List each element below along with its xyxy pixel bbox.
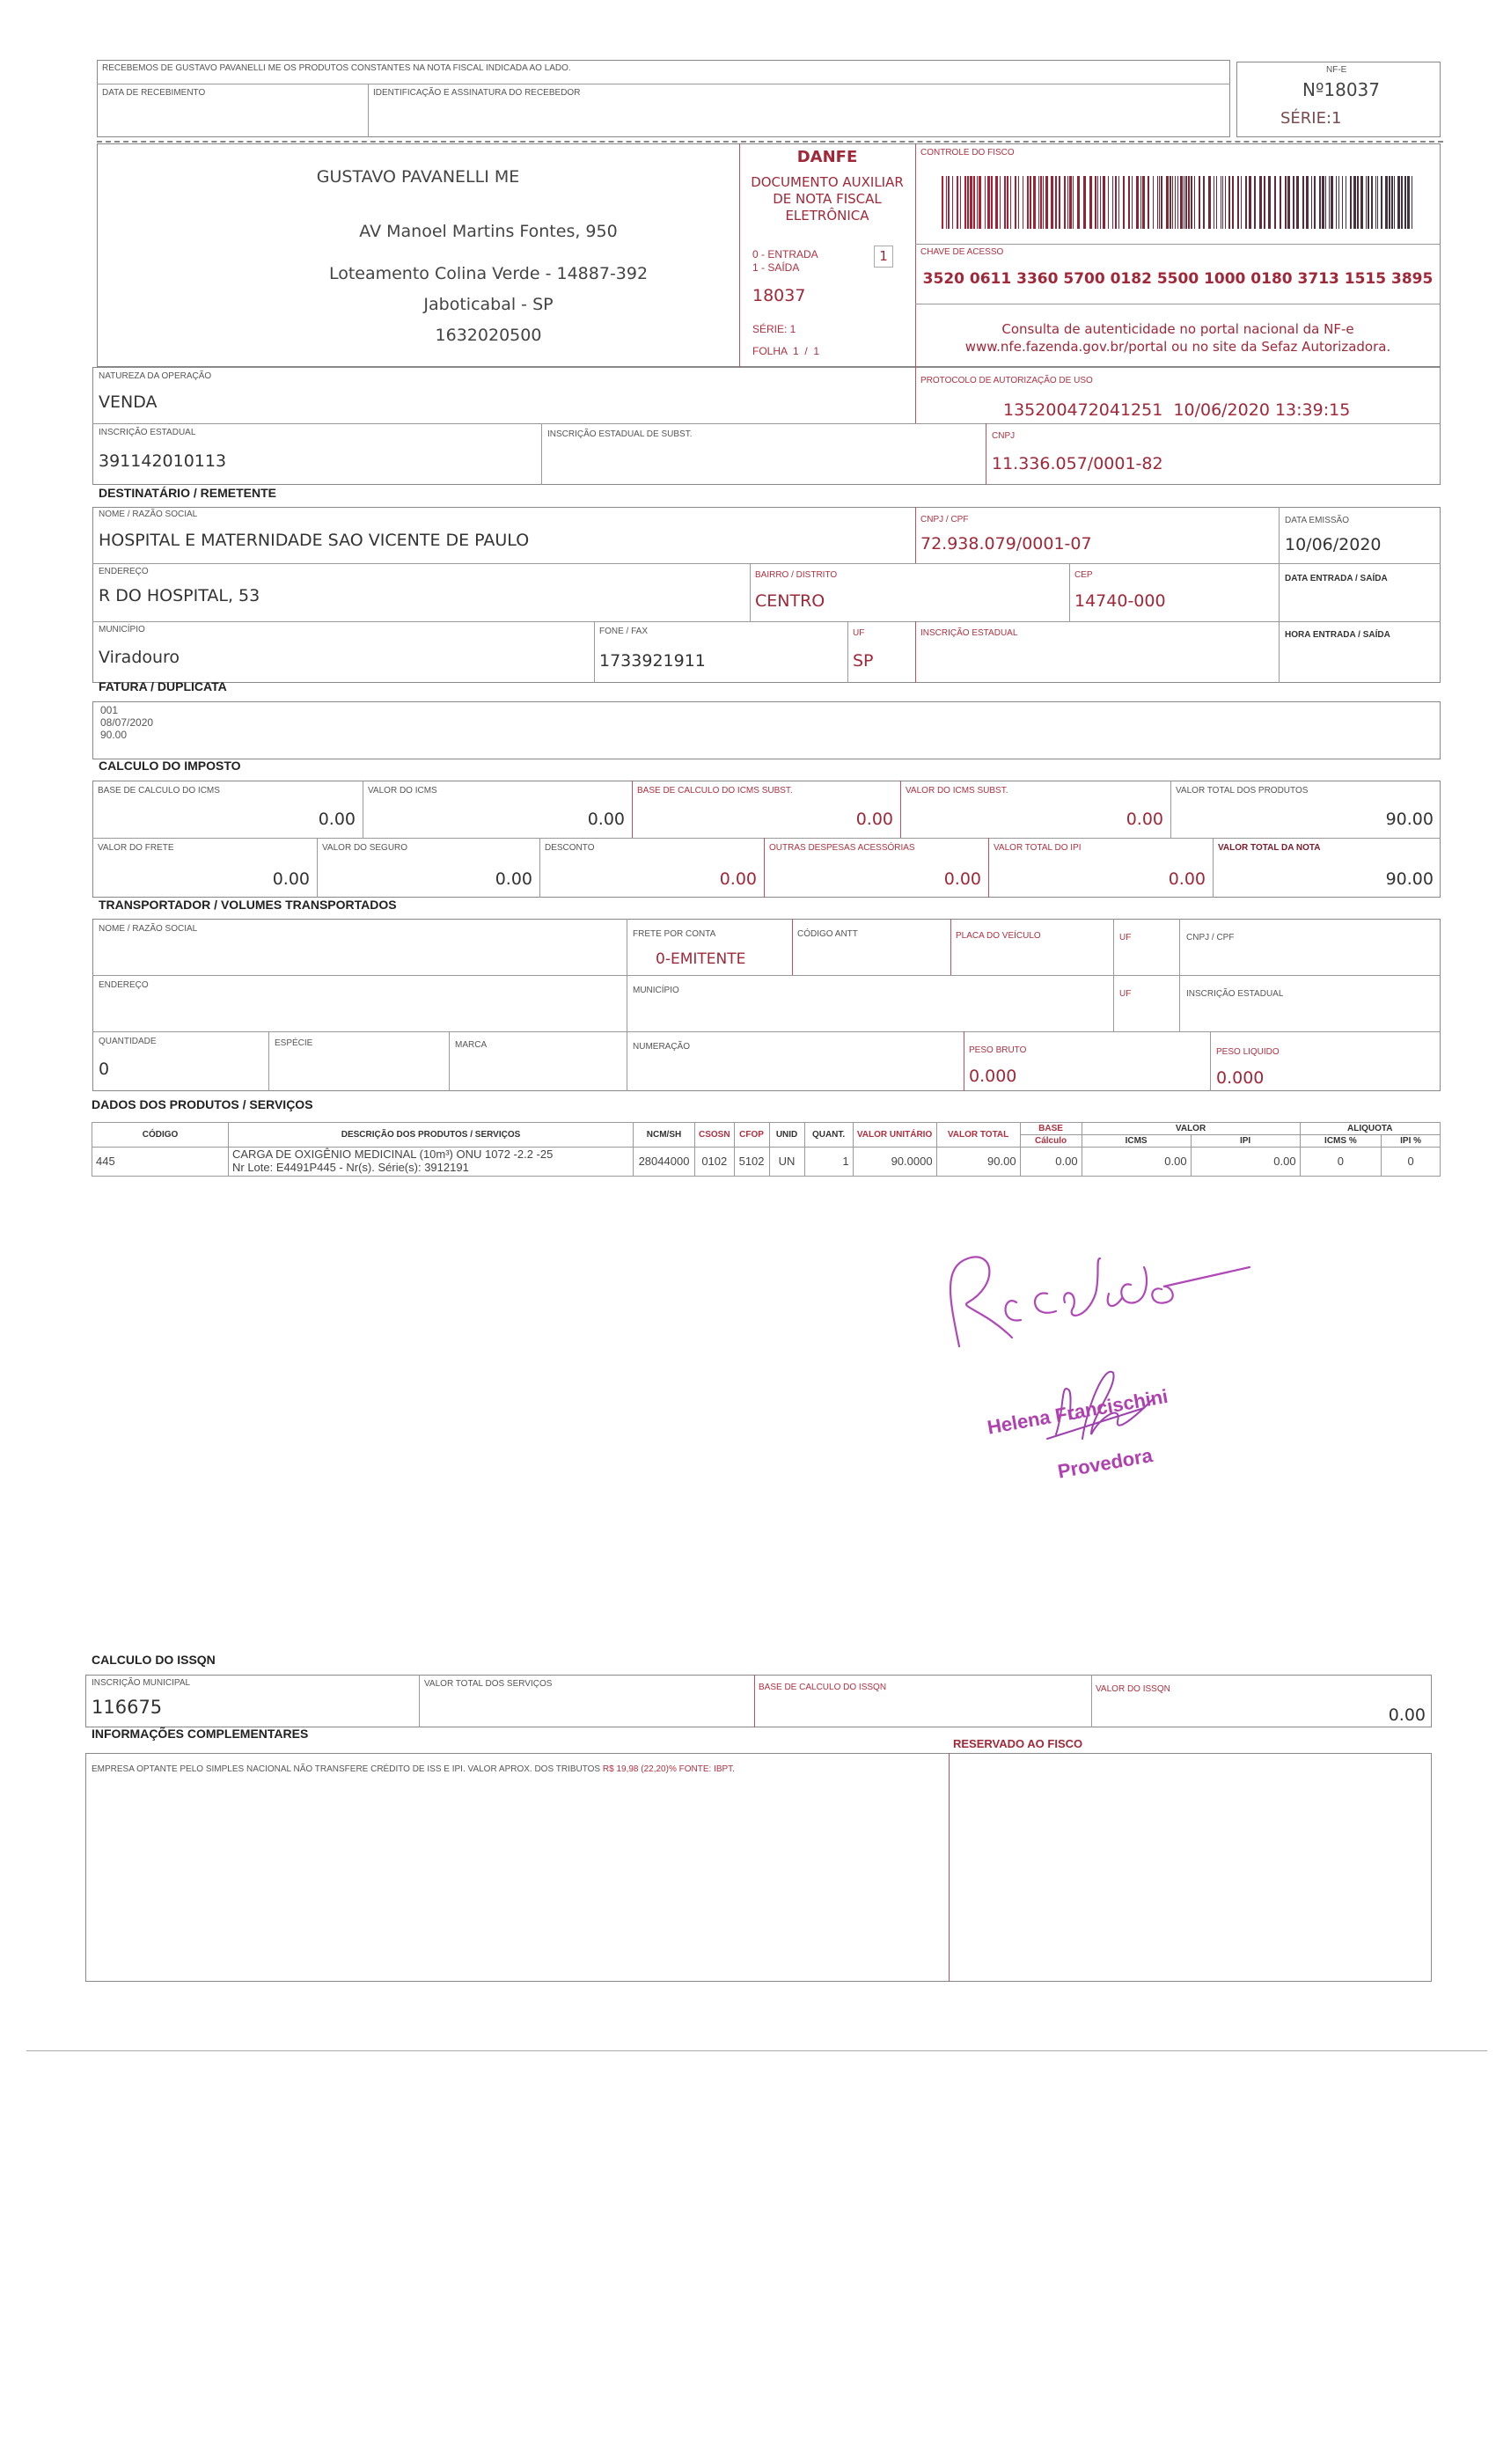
- produtos-table: CÓDIGO DESCRIÇÃO DOS PRODUTOS / SERVIÇOS…: [92, 1122, 1441, 1177]
- cell-valor-ipi: 0.00: [1191, 1148, 1300, 1177]
- transp-peso-bruto: 0.000: [969, 1067, 1016, 1086]
- transp-marca-label: MARCA: [455, 1040, 487, 1050]
- dest-nome: HOSPITAL E MATERNIDADE SAO VICENTE DE PA…: [99, 531, 529, 550]
- col-quant: QUANT.: [804, 1123, 853, 1148]
- transp-quantidade-label: QUANTIDADE: [99, 1037, 157, 1046]
- imposto1-value: 0.00: [900, 810, 1163, 829]
- page-bottom-line: [26, 2050, 1487, 2051]
- cell-quant: 1: [804, 1148, 853, 1177]
- transp-nome-label: NOME / RAZÃO SOCIAL: [99, 924, 197, 934]
- col-ipi-pct: IPI %: [1382, 1135, 1441, 1148]
- fatura-section: FATURA / DUPLICATA: [99, 679, 227, 693]
- consulta-line-1: Consulta de autenticidade no portal naci…: [915, 321, 1441, 337]
- transp-vdivider-liquido: [1210, 1031, 1211, 1091]
- transp-hdivider-1: [92, 975, 1441, 976]
- chave-acesso: 3520 0611 3360 5700 0182 5500 1000 0180 …: [915, 270, 1441, 288]
- complementares-text: EMPRESA OPTANTE PELO SIMPLES NACIONAL NÃ…: [92, 1764, 735, 1774]
- transp-peso-liquido-label: PESO LIQUIDO: [1216, 1047, 1280, 1057]
- issqn-valor-label: VALOR DO ISSQN: [1096, 1684, 1170, 1694]
- dest-vdivider-uf: [847, 621, 848, 683]
- danfe-subtitle-2: DE NOTA FISCAL: [739, 191, 915, 207]
- col-icms: ICMS: [1082, 1135, 1191, 1148]
- transp-peso-bruto-label: PESO BRUTO: [969, 1045, 1026, 1055]
- nfe-number: Nº18037: [1302, 79, 1380, 100]
- operacao-vdivider-3: [986, 423, 986, 485]
- danfe-tipo: 1: [874, 248, 893, 264]
- imposto2-label: VALOR TOTAL DO IPI: [994, 843, 1081, 853]
- fisco-hdivider-1: [915, 244, 1441, 245]
- transp-vdivider-bruto: [964, 1031, 964, 1091]
- fatura-box: [92, 701, 1441, 759]
- imposto1-label: BASE DE CALCULO DO ICMS: [98, 786, 220, 796]
- receipt-text: RECEBEMOS DE GUSTAVO PAVANELLI ME OS PRO…: [102, 63, 571, 73]
- operacao-vdivider-1: [915, 367, 916, 423]
- transp-vdivider-frete: [627, 919, 627, 1091]
- issqn-servicos-label: VALOR TOTAL DOS SERVIÇOS: [424, 1679, 552, 1689]
- table-row: 445 CARGA DE OXIGÊNIO MEDICINAL (10m³) O…: [92, 1148, 1441, 1177]
- imposto1-value: 0.00: [92, 810, 356, 829]
- dest-vdivider-cep: [1069, 563, 1070, 621]
- fisco-hdivider-2: [915, 304, 1441, 304]
- imposto2-value: 0.00: [317, 869, 532, 889]
- dest-fone-label: FONE / FAX: [599, 627, 648, 636]
- imposto2-label: VALOR DO FRETE: [98, 843, 174, 853]
- imposto-section: CALCULO DO IMPOSTO: [99, 759, 241, 773]
- col-valor-total: VALOR TOTAL: [936, 1123, 1020, 1148]
- transp-vdivider-especie: [268, 1031, 269, 1091]
- danfe-entrada: 0 - ENTRADA: [752, 248, 818, 260]
- imposto2-value: 0.00: [92, 869, 310, 889]
- transp-endereco-label: ENDEREÇO: [99, 980, 149, 990]
- transportador-section: TRANSPORTADOR / VOLUMES TRANSPORTADOS: [99, 898, 397, 912]
- chave-label: CHAVE DE ACESSO: [920, 247, 1003, 257]
- imposto1-value: 90.00: [1170, 810, 1434, 829]
- handwritten-recebido: [933, 1241, 1285, 1364]
- cnpj-value: 11.336.057/0001-82: [992, 454, 1163, 473]
- dest-municipio: Viradouro: [99, 648, 180, 667]
- imposto2-value: 0.00: [764, 869, 981, 889]
- transp-uf-label: UF: [1119, 933, 1131, 942]
- operacao-box: [92, 367, 1441, 485]
- issqn-section: CALCULO DO ISSQN: [92, 1653, 216, 1667]
- cell-aliq-icms: 0: [1300, 1148, 1382, 1177]
- operacao-hdivider: [92, 423, 1441, 424]
- imposto1-label: VALOR DO ICMS SUBST.: [906, 786, 1008, 796]
- col-unid: UNID: [769, 1123, 804, 1148]
- issqn-im: 116675: [92, 1697, 162, 1718]
- danfe-number: 18037: [752, 286, 805, 305]
- protocolo-value: 135200472041251 10/06/2020 13:39:15: [1003, 400, 1350, 420]
- fatura-valor: 90.00: [100, 729, 127, 741]
- col-codigo: CÓDIGO: [92, 1123, 229, 1148]
- dest-vdivider-fone: [594, 621, 595, 683]
- transp-vdivider-uf: [1113, 919, 1114, 1031]
- dest-endereco: R DO HOSPITAL, 53: [99, 586, 260, 605]
- fatura-vencimento: 08/07/2020: [100, 716, 153, 729]
- dest-bairro-label: BAIRRO / DISTRITO: [755, 570, 837, 580]
- signature-label: IDENTIFICAÇÃO E ASSINATURA DO RECEBEDOR: [373, 88, 580, 98]
- transp-hdivider-2: [92, 1031, 1441, 1032]
- dest-cnpj: 72.938.079/0001-07: [920, 534, 1092, 554]
- emitente-address: AV Manoel Martins Fontes, 950: [97, 222, 880, 241]
- col-icms-pct: ICMS %: [1300, 1135, 1382, 1148]
- nfe-serie: SÉRIE:1: [1280, 109, 1342, 128]
- cell-codigo: 445: [92, 1148, 229, 1177]
- emitente-name: GUSTAVO PAVANELLI ME: [97, 167, 739, 187]
- imposto1-value: 0.00: [363, 810, 625, 829]
- transp-quantidade: 0: [99, 1060, 109, 1079]
- transportador-box: [92, 919, 1441, 1091]
- danfe-subtitle-1: DOCUMENTO AUXILIAR: [739, 174, 915, 190]
- col-calculo: Cálculo: [1020, 1135, 1082, 1148]
- complementares-vdivider: [949, 1753, 950, 1982]
- dest-cep: 14740-000: [1074, 591, 1166, 611]
- transp-ie-label: INSCRIÇÃO ESTADUAL: [1186, 989, 1283, 999]
- imposto2-label: DESCONTO: [545, 843, 595, 853]
- imposto2-value: 0.00: [988, 869, 1206, 889]
- produtos-section: DADOS DOS PRODUTOS / SERVIÇOS: [92, 1097, 313, 1111]
- ie-subst-label: INSCRIÇÃO ESTADUAL DE SUBST.: [547, 429, 692, 439]
- transp-numeracao-label: NUMERAÇÃO: [633, 1042, 690, 1052]
- dest-emissao-label: DATA EMISSÃO: [1285, 516, 1349, 525]
- dest-hdivider-2: [92, 621, 1441, 622]
- imposto1-value: 0.00: [632, 810, 893, 829]
- danfe-saida: 1 - SAÍDA: [752, 261, 799, 274]
- cell-ncm: 28044000: [634, 1148, 695, 1177]
- imposto1-label: VALOR TOTAL DOS PRODUTOS: [1176, 786, 1308, 796]
- imposto1-label: BASE DE CALCULO DO ICMS SUBST.: [637, 786, 793, 796]
- dest-bairro: CENTRO: [755, 591, 825, 611]
- date-received-label: DATA DE RECEBIMENTO: [102, 88, 205, 98]
- transp-vdivider-antt: [792, 919, 793, 975]
- dest-cep-label: CEP: [1074, 570, 1093, 580]
- consulta-line-2: www.nfe.fazenda.gov.br/portal ou no site…: [915, 339, 1441, 355]
- complementares-text-1: EMPRESA OPTANTE PELO SIMPLES NACIONAL NÃ…: [92, 1764, 600, 1774]
- col-ncm: NCM/SH: [634, 1123, 695, 1148]
- transp-frete-label: FRETE POR CONTA: [633, 929, 715, 939]
- barcode-icon: [942, 176, 1412, 229]
- dest-endereco-label: ENDEREÇO: [99, 567, 149, 576]
- transp-vdivider-placa: [950, 919, 951, 975]
- col-valor: VALOR: [1082, 1123, 1300, 1135]
- cell-aliq-ipi: 0: [1382, 1148, 1441, 1177]
- issqn-vdivider-1: [419, 1675, 420, 1727]
- imposto1-label: VALOR DO ICMS: [368, 786, 437, 796]
- natureza-value: VENDA: [99, 392, 158, 412]
- issqn-valor: 0.00: [1096, 1705, 1426, 1725]
- cell-cfop: 5102: [734, 1148, 769, 1177]
- cell-valor-total: 90.00: [936, 1148, 1020, 1177]
- transp-placa-label: PLACA DO VEÍCULO: [956, 931, 1041, 941]
- destinatario-section: DESTINATÁRIO / REMETENTE: [99, 486, 276, 500]
- cell-unid: UN: [769, 1148, 804, 1177]
- dest-municipio-label: MUNICÍPIO: [99, 625, 145, 634]
- fatura-numero: 001: [100, 704, 118, 716]
- dest-uf: SP: [853, 651, 874, 671]
- dest-emissao: 10/06/2020: [1285, 535, 1382, 554]
- natureza-label: NATUREZA DA OPERAÇÃO: [99, 371, 211, 381]
- col-csosn: CSOSN: [695, 1123, 735, 1148]
- cell-descricao-line-1: CARGA DE OXIGÊNIO MEDICINAL (10m³) ONU 1…: [232, 1148, 629, 1162]
- imposto2-value: 0.00: [539, 869, 757, 889]
- nfe-label: NF-e: [1326, 65, 1346, 75]
- dest-hdivider-1: [92, 563, 1441, 564]
- dest-uf-label: UF: [853, 628, 864, 638]
- danfe-folha: FOLHA 1 / 1: [752, 345, 819, 357]
- col-ipi: IPI: [1191, 1135, 1300, 1148]
- imposto2-label: OUTRAS DESPESAS ACESSÓRIAS: [769, 843, 915, 853]
- issqn-vdivider-3: [1091, 1675, 1092, 1727]
- dest-entrada-saida-label: DATA ENTRADA / SAÍDA: [1285, 574, 1388, 583]
- col-base: BASE: [1020, 1123, 1082, 1135]
- reservado-fisco-label: RESERVADO AO FISCO: [953, 1737, 1082, 1750]
- dest-vdivider-bairro: [750, 563, 751, 621]
- dest-vdivider-right: [1279, 507, 1280, 683]
- complementares-box: [85, 1753, 1432, 1982]
- dest-hora-label: HORA ENTRADA / SAÍDA: [1285, 630, 1390, 640]
- cut-line: [97, 141, 1443, 143]
- transp-frete: 0-EMITENTE: [656, 950, 745, 968]
- cell-csosn: 0102: [695, 1148, 735, 1177]
- col-aliquota: ALIQUOTA: [1300, 1123, 1440, 1135]
- complementares-section: INFORMAÇÕES COMPLEMENTARES: [92, 1727, 308, 1741]
- transp-peso-liquido: 0.000: [1216, 1068, 1264, 1088]
- cell-base-calculo: 0.00: [1020, 1148, 1082, 1177]
- cnpj-label: CNPJ: [992, 431, 1015, 441]
- imposto2-label: VALOR DO SEGURO: [322, 843, 407, 853]
- canhoto-vdivider: [368, 84, 369, 137]
- operacao-vdivider-2: [541, 423, 542, 485]
- issqn-vdivider-2: [754, 1675, 755, 1727]
- transp-especie-label: ESPÉCIE: [275, 1038, 312, 1048]
- transp-municipio-label: MUNICÍPIO: [633, 986, 679, 995]
- issqn-base-label: BASE DE CALCULO DO ISSQN: [759, 1683, 886, 1692]
- imposto-hdivider: [92, 838, 1441, 839]
- dest-cnpj-label: CNPJ / CPF: [920, 515, 968, 524]
- dest-vdivider-ie: [915, 621, 916, 683]
- transp-antt-label: CÓDIGO ANTT: [797, 929, 858, 939]
- protocolo-label: PROTOCOLO DE AUTORIZAÇÃO DE USO: [920, 376, 1093, 385]
- dest-fone: 1733921911: [599, 651, 706, 671]
- transp-uf2-label: UF: [1119, 989, 1131, 999]
- imposto2-label: VALOR TOTAL DA NOTA: [1218, 843, 1320, 853]
- cell-valor-unitario: 90.0000: [853, 1148, 936, 1177]
- danfe-subtitle-3: ELETRÔNICA: [739, 208, 915, 224]
- issqn-im-label: INSCRIÇÃO MUNICIPAL: [92, 1678, 190, 1688]
- transp-cnpj-label: CNPJ / CPF: [1186, 933, 1234, 942]
- col-cfop: CFOP: [734, 1123, 769, 1148]
- complementares-text-2: R$ 19,98 (22,20)% FONTE: IBPT.: [603, 1764, 735, 1774]
- transp-vdivider-marca: [449, 1031, 450, 1091]
- danfe-serie: SÉRIE: 1: [752, 323, 796, 335]
- ie-value: 391142010113: [99, 451, 226, 471]
- ie-label: INSCRIÇÃO ESTADUAL: [99, 428, 195, 437]
- cell-descricao-line-2: Nr Lote: E4491P445 - Nr(s). Série(s): 39…: [232, 1162, 629, 1175]
- canhoto-divider: [97, 84, 1230, 84]
- dest-ie-label: INSCRIÇÃO ESTADUAL: [920, 628, 1017, 638]
- transp-vdivider-cnpj: [1179, 919, 1180, 1031]
- imposto2-value: 90.00: [1213, 869, 1434, 889]
- dest-nome-label: NOME / RAZÃO SOCIAL: [99, 510, 197, 519]
- col-descricao: DESCRIÇÃO DOS PRODUTOS / SERVIÇOS: [229, 1123, 634, 1148]
- dest-vdivider-cnpj: [915, 507, 916, 563]
- col-valor-unitario: VALOR UNITÁRIO: [853, 1123, 936, 1148]
- cell-descricao: CARGA DE OXIGÊNIO MEDICINAL (10m³) ONU 1…: [229, 1148, 634, 1177]
- controle-fisco-label: CONTROLE DO FISCO: [920, 148, 1015, 158]
- danfe-title: DANFE: [739, 148, 915, 166]
- cell-valor-icms: 0.00: [1082, 1148, 1191, 1177]
